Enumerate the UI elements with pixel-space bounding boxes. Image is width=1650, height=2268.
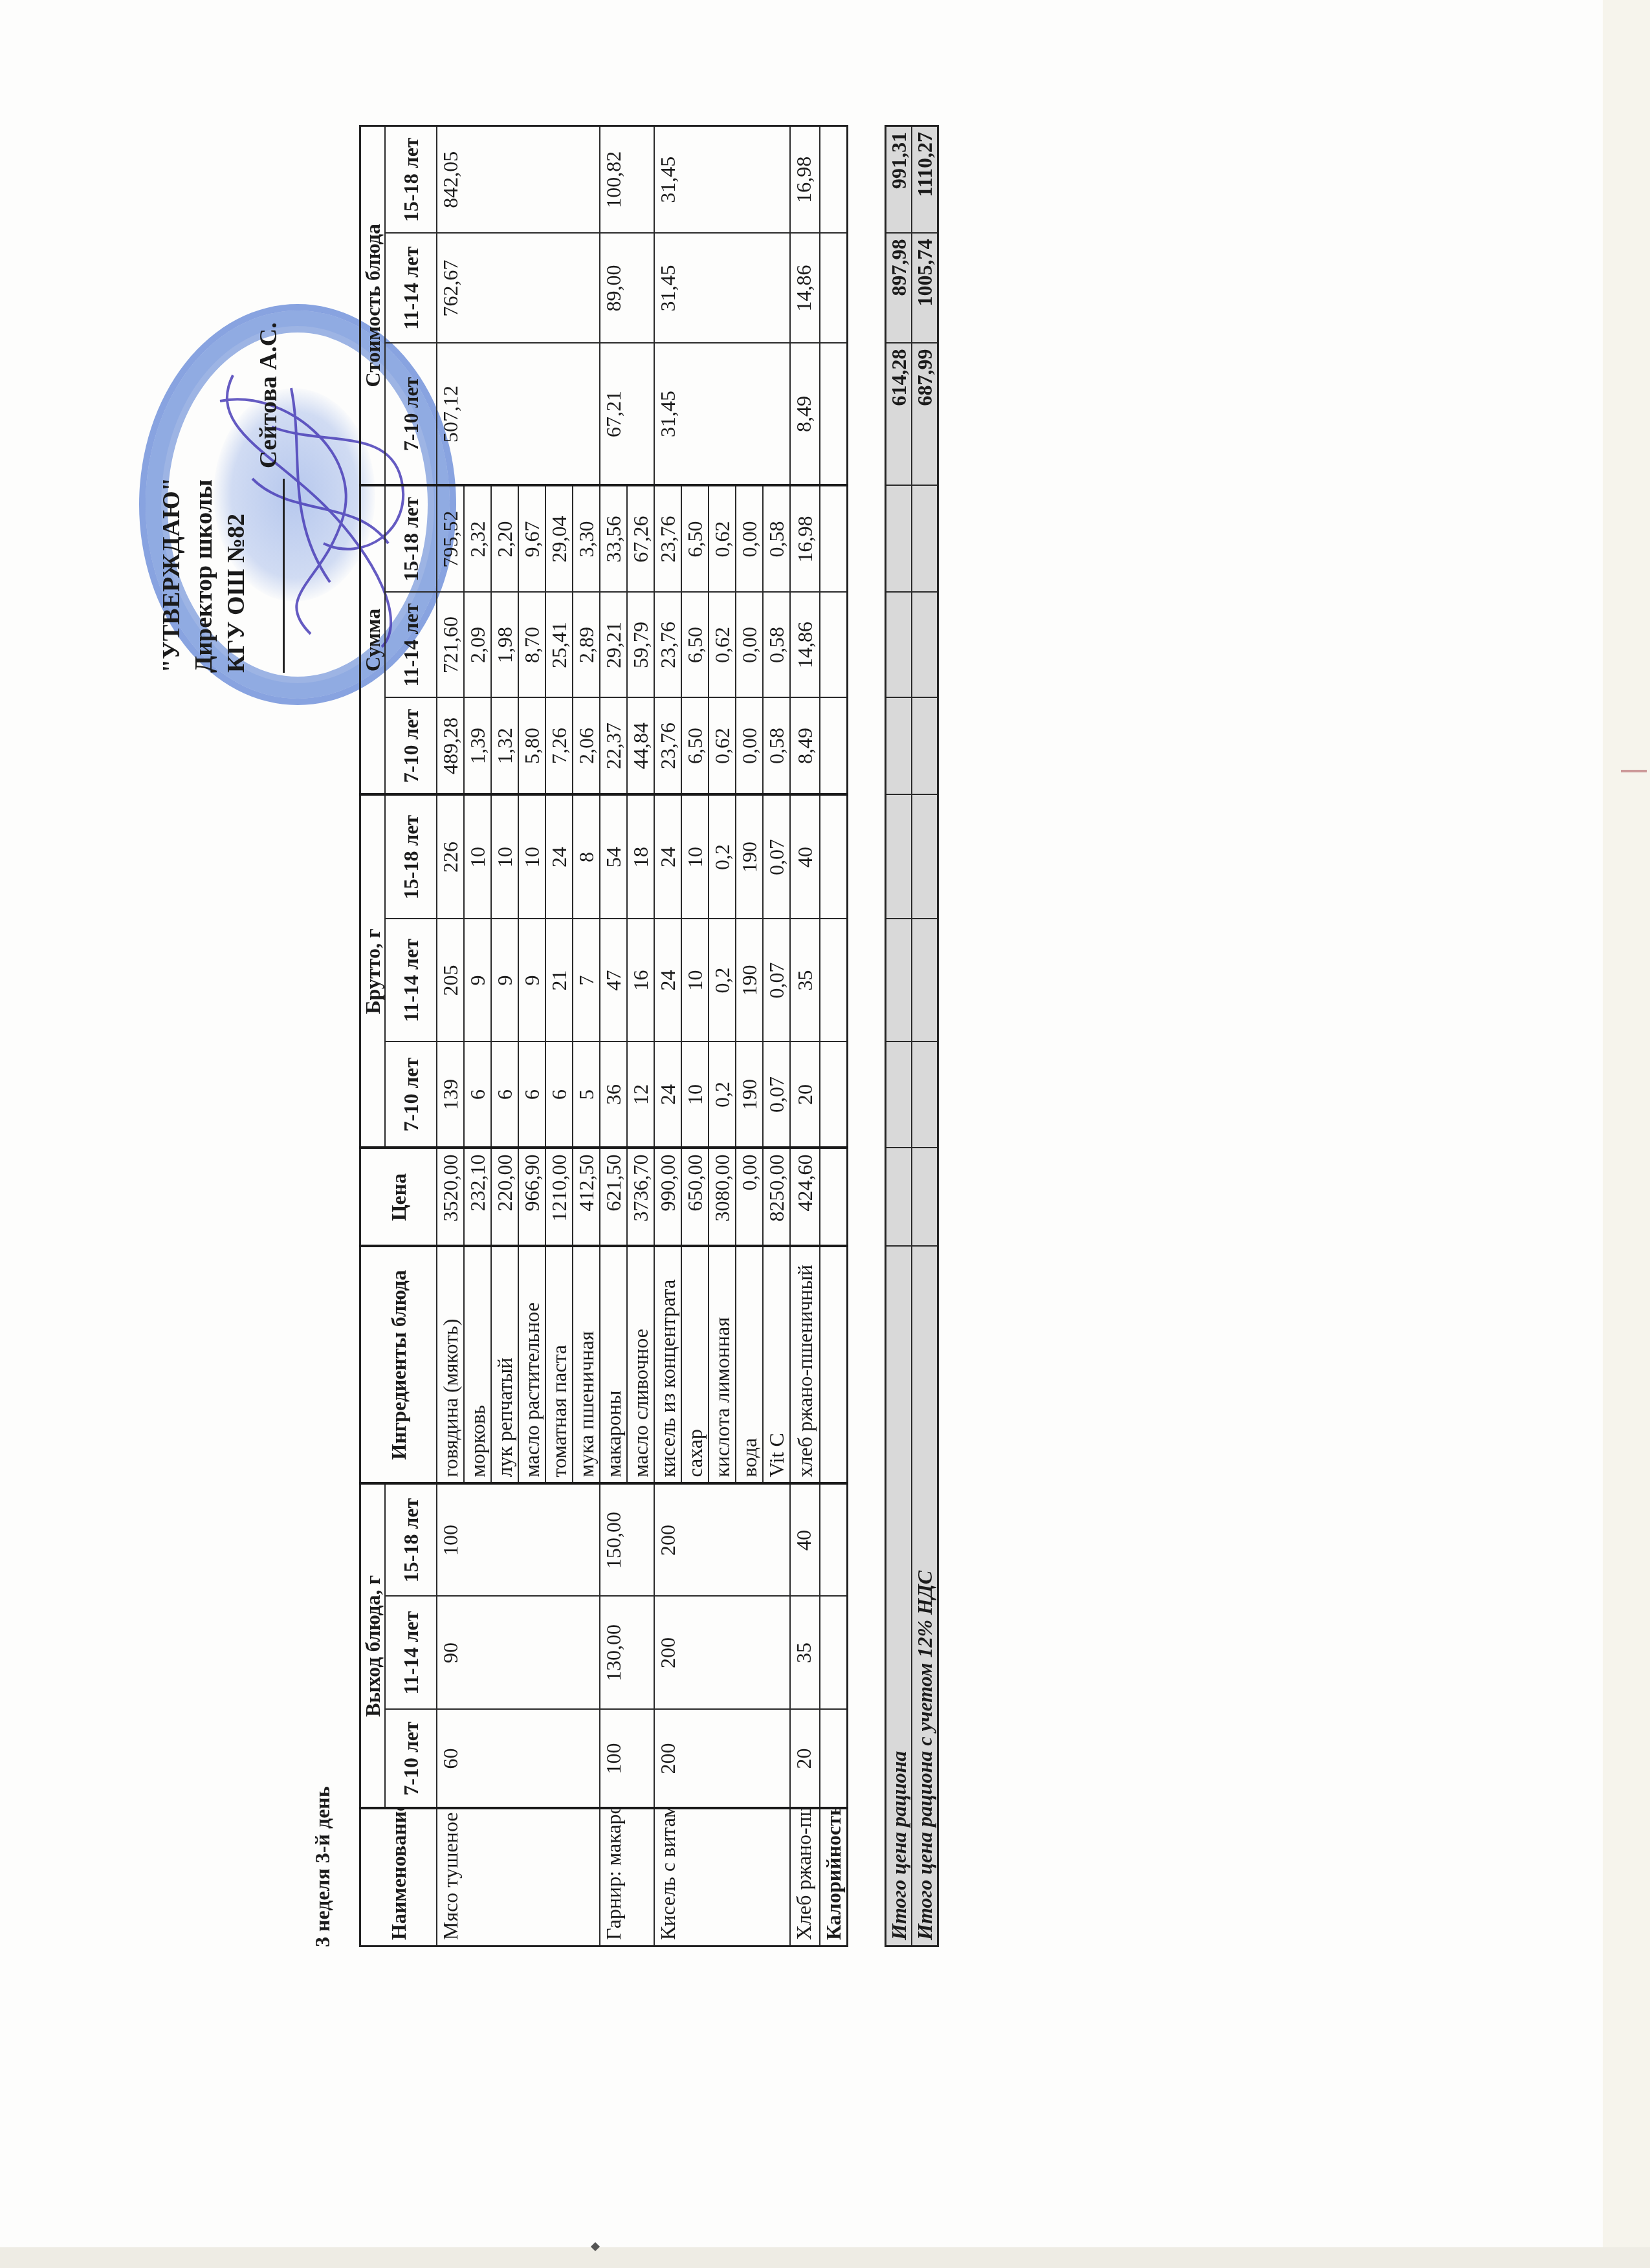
totals-wrap: Итого цена рациона614,28897,98991,31Итог… xyxy=(885,127,939,1947)
ingredient-gross: 0,2 xyxy=(709,1042,736,1148)
ingredient-sum: 0,62 xyxy=(709,485,736,592)
ingredient-gross: 0,2 xyxy=(709,794,736,919)
ingredient-name: кисель из концентрата xyxy=(654,1247,681,1484)
ingredient-gross: 190 xyxy=(736,919,763,1042)
ingredient-price: 1210,00 xyxy=(545,1148,573,1247)
dish-yield: 130,00 xyxy=(600,1597,654,1710)
ingredient-price: 0,00 xyxy=(736,1148,763,1247)
ingredient-sum: 67,26 xyxy=(627,485,654,592)
ingredient-gross: 10 xyxy=(464,794,491,919)
dish-name: Хлеб ржано-пшеничный xyxy=(790,1809,820,1946)
ingredient-price: 3520,00 xyxy=(437,1148,464,1247)
ingredient-name: макароны xyxy=(600,1247,627,1484)
calories-row: Калорийность, ккал xyxy=(820,125,848,1946)
ingredient-gross: 9 xyxy=(491,919,518,1042)
ingredient-gross: 35 xyxy=(790,919,820,1042)
dish-cost: 8,49 xyxy=(790,343,820,485)
ingredient-gross: 21 xyxy=(545,919,573,1042)
header-cost-age-1: 11-14 лет xyxy=(385,233,437,343)
totals-label: Итого цена рациона с учетом 12% НДС xyxy=(912,1246,938,1946)
ingredient-gross: 10 xyxy=(681,794,709,919)
totals-value: 1110,27 xyxy=(912,125,938,233)
ingredient-sum: 0,00 xyxy=(736,592,763,697)
ingredient-sum: 2,89 xyxy=(573,592,600,697)
dish-cost: 100,82 xyxy=(600,125,654,233)
ingredient-gross: 226 xyxy=(437,794,464,919)
header-gross-age-1: 11-14 лет xyxy=(385,919,437,1042)
ingredient-sum: 16,98 xyxy=(790,485,820,592)
ingredient-price: 990,00 xyxy=(654,1148,681,1247)
signature-line: Сейтова А.С. xyxy=(252,220,285,673)
ingredient-gross: 8 xyxy=(573,794,600,919)
totals-label: Итого цена рациона xyxy=(886,1246,912,1946)
ingredient-gross: 54 xyxy=(600,794,627,919)
ingredient-gross: 6 xyxy=(545,1042,573,1148)
menu-table: Наименование блюд Выход блюда, г Ингреди… xyxy=(359,125,848,1947)
ingredient-name: масло сливочное xyxy=(627,1247,654,1484)
ingredient-price: 3736,70 xyxy=(627,1148,654,1247)
page-heading: 3 неделя 3-й день xyxy=(311,1559,335,1947)
ingredient-sum: 489,28 xyxy=(437,697,464,794)
header-dish-name: Наименование блюд xyxy=(360,1809,437,1946)
ingredient-sum: 22,37 xyxy=(600,697,627,794)
totals-body: Итого цена рациона614,28897,98991,31Итог… xyxy=(886,125,938,1946)
ingredient-price: 232,10 xyxy=(464,1148,491,1247)
ingredient-sum: 9,67 xyxy=(518,485,545,592)
ingredient-sum: 1,98 xyxy=(491,592,518,697)
ingredient-sum: 23,76 xyxy=(654,697,681,794)
approval-organization: КГУ ОШ №82 xyxy=(220,220,252,673)
ingredient-sum: 6,50 xyxy=(681,697,709,794)
ingredient-sum: 795,52 xyxy=(437,485,464,592)
dish-yield: 20 xyxy=(790,1710,820,1809)
ingredient-gross: 40 xyxy=(790,794,820,919)
totals-table: Итого цена рациона614,28897,98991,31Итог… xyxy=(885,125,939,1947)
sub-header-row: 7-10 лет11-14 лет15-18 лет7-10 лет11-14 … xyxy=(385,125,437,1946)
ingredient-gross: 24 xyxy=(654,1042,681,1148)
ingredient-gross: 9 xyxy=(464,919,491,1042)
ingredient-sum: 59,79 xyxy=(627,592,654,697)
calories-cell xyxy=(820,1042,848,1148)
header-dish-cost: Стоимость блюда xyxy=(360,125,386,485)
ingredient-price: 8250,00 xyxy=(763,1148,790,1247)
calories-cell xyxy=(820,125,848,233)
calories-cell xyxy=(820,1148,848,1247)
header-sum-age-1: 11-14 лет xyxy=(385,592,437,697)
margin-mark xyxy=(1621,770,1647,772)
ingredient-gross: 0,07 xyxy=(763,919,790,1042)
dish-yield: 150,00 xyxy=(600,1484,654,1597)
menu-body: Мясо тушеное (говядина)6090100говядина (… xyxy=(437,125,848,1946)
dish-yield: 90 xyxy=(437,1597,600,1710)
header-cost-age-0: 7-10 лет xyxy=(385,343,437,485)
ingredient-name: говядина (мякоть) xyxy=(437,1247,464,1484)
dish-yield: 60 xyxy=(437,1710,600,1809)
totals-value: 897,98 xyxy=(886,233,912,343)
ingredient-gross: 7 xyxy=(573,919,600,1042)
ingredient-gross: 24 xyxy=(654,794,681,919)
ingredient-gross: 10 xyxy=(491,794,518,919)
totals-value: 1005,74 xyxy=(912,233,938,343)
approval-title: "УТВЕРЖДАЮ" xyxy=(155,220,188,673)
ingredient-sum: 0,00 xyxy=(736,697,763,794)
ingredient-sum: 23,76 xyxy=(654,485,681,592)
dish-cost: 67,21 xyxy=(600,343,654,485)
ingredient-price: 3080,00 xyxy=(709,1148,736,1247)
header-gross: Брутто, г xyxy=(360,794,386,1148)
table-row: Хлеб ржано-пшеничный203540хлеб ржано-пше… xyxy=(790,125,820,1946)
totals-empty-cell xyxy=(886,1148,912,1246)
ingredient-sum: 0,62 xyxy=(709,592,736,697)
totals-empty-cell xyxy=(886,919,912,1041)
ingredient-sum: 8,49 xyxy=(790,697,820,794)
ingredient-sum: 0,58 xyxy=(763,485,790,592)
dish-name: Кисель с витамином С xyxy=(654,1809,790,1946)
calories-cell xyxy=(820,1710,848,1809)
ingredient-sum: 0,00 xyxy=(736,485,763,592)
totals-empty-cell xyxy=(886,794,912,919)
header-sum: Сумма xyxy=(360,485,386,794)
approval-block: "УТВЕРЖДАЮ" Директор школы КГУ ОШ №82 Се… xyxy=(155,220,285,673)
ingredient-gross: 16 xyxy=(627,919,654,1042)
dish-cost: 762,67 xyxy=(437,233,600,343)
totals-empty-cell xyxy=(912,697,938,794)
ingredient-sum: 2,06 xyxy=(573,697,600,794)
ingredient-sum: 6,50 xyxy=(681,485,709,592)
dish-yield: 200 xyxy=(654,1484,790,1597)
header-gross-age-0: 7-10 лет xyxy=(385,1042,437,1148)
ingredient-sum: 2,09 xyxy=(464,592,491,697)
header-sum-age-2: 15-18 лет xyxy=(385,485,437,592)
dish-cost: 31,45 xyxy=(654,125,790,233)
ingredient-price: 424,60 xyxy=(790,1148,820,1247)
totals-empty-cell xyxy=(912,1041,938,1148)
calories-cell xyxy=(820,1247,848,1484)
calories-cell xyxy=(820,1597,848,1710)
calories-cell xyxy=(820,592,848,697)
table-row: Гарнир: макароны отварные100130,00150,00… xyxy=(600,125,627,1946)
table-row: Кисель с витамином С200200200кисель из к… xyxy=(654,125,681,1946)
approval-position: Директор школы xyxy=(188,220,220,673)
totals-empty-cell xyxy=(912,592,938,697)
ingredient-sum: 2,20 xyxy=(491,485,518,592)
scan-edge xyxy=(0,2247,1650,2268)
dish-yield: 100 xyxy=(437,1484,600,1597)
calories-cell xyxy=(820,343,848,485)
menu-table-wrap: Наименование блюд Выход блюда, г Ингреди… xyxy=(359,127,848,1947)
dish-cost: 842,05 xyxy=(437,125,600,233)
ingredient-sum: 5,80 xyxy=(518,697,545,794)
ingredient-price: 650,00 xyxy=(681,1148,709,1247)
header-price: Цена xyxy=(360,1148,437,1247)
ingredient-gross: 10 xyxy=(681,919,709,1042)
totals-empty-cell xyxy=(912,794,938,919)
ingredient-gross: 190 xyxy=(736,794,763,919)
ingredient-sum: 1,32 xyxy=(491,697,518,794)
ingredient-sum: 23,76 xyxy=(654,592,681,697)
calories-cell xyxy=(820,485,848,592)
heading-block: 3 неделя 3-й день xyxy=(311,1559,335,1947)
ingredient-gross: 24 xyxy=(654,919,681,1042)
approval-signatory: Сейтова А.С. xyxy=(252,322,285,468)
ingredient-gross: 36 xyxy=(600,1042,627,1148)
ingredient-name: кислота лимонная xyxy=(709,1247,736,1484)
ingredient-gross: 0,07 xyxy=(763,1042,790,1148)
header-yield-age-1: 11-14 лет xyxy=(385,1597,437,1710)
ingredient-gross: 0,07 xyxy=(763,794,790,919)
ingredient-name: Vit C xyxy=(763,1247,790,1484)
calories-cell xyxy=(820,697,848,794)
ingredient-price: 966,90 xyxy=(518,1148,545,1247)
totals-value: 991,31 xyxy=(886,125,912,233)
calories-cell xyxy=(820,794,848,919)
totals-empty-cell xyxy=(886,485,912,592)
dish-yield: 40 xyxy=(790,1484,820,1597)
calories-cell xyxy=(820,1484,848,1597)
totals-empty-cell xyxy=(912,485,938,592)
ingredient-name: лук репчатый xyxy=(491,1247,518,1484)
header-gross-age-2: 15-18 лет xyxy=(385,794,437,919)
ingredient-name: сахар xyxy=(681,1247,709,1484)
header-cost-age-2: 15-18 лет xyxy=(385,125,437,233)
totals-empty-cell xyxy=(912,1148,938,1246)
ingredient-price: 621,50 xyxy=(600,1148,627,1247)
ingredient-gross: 205 xyxy=(437,919,464,1042)
ingredient-gross: 10 xyxy=(518,794,545,919)
ingredient-name: мука пшеничная xyxy=(573,1247,600,1484)
ingredient-sum: 6,50 xyxy=(681,592,709,697)
totals-value: 687,99 xyxy=(912,343,938,485)
ingredient-gross: 47 xyxy=(600,919,627,1042)
ingredient-sum: 0,58 xyxy=(763,592,790,697)
ingredient-sum: 29,21 xyxy=(600,592,627,697)
ingredient-name: томатная паста xyxy=(545,1247,573,1484)
ingredient-name: хлеб ржано-пшеничный xyxy=(790,1247,820,1484)
ingredient-sum: 33,56 xyxy=(600,485,627,592)
totals-empty-cell xyxy=(886,592,912,697)
totals-empty-cell xyxy=(912,919,938,1041)
ingredient-sum: 0,62 xyxy=(709,697,736,794)
ingredient-price: 412,50 xyxy=(573,1148,600,1247)
ingredient-sum: 44,84 xyxy=(627,697,654,794)
ingredient-sum: 721,60 xyxy=(437,592,464,697)
header-ingredients: Ингредиенты блюда xyxy=(360,1247,437,1484)
ingredient-gross: 139 xyxy=(437,1042,464,1148)
ingredient-name: масло растительное xyxy=(518,1247,545,1484)
ingredient-price: 220,00 xyxy=(491,1148,518,1247)
ingredient-sum: 0,58 xyxy=(763,697,790,794)
ingredient-gross: 9 xyxy=(518,919,545,1042)
ingredient-name: морковь xyxy=(464,1247,491,1484)
dish-cost: 16,98 xyxy=(790,125,820,233)
totals-empty-cell xyxy=(886,1041,912,1148)
ingredient-gross: 6 xyxy=(491,1042,518,1148)
ingredient-gross: 24 xyxy=(545,794,573,919)
ingredient-gross: 190 xyxy=(736,1042,763,1148)
totals-row: Итого цена рациона614,28897,98991,31 xyxy=(886,125,912,1946)
totals-empty-cell xyxy=(886,697,912,794)
header-yield: Выход блюда, г xyxy=(360,1484,386,1809)
header-sum-age-0: 7-10 лет xyxy=(385,697,437,794)
dish-cost: 89,00 xyxy=(600,233,654,343)
ingredient-sum: 14,86 xyxy=(790,592,820,697)
header-yield-age-0: 7-10 лет xyxy=(385,1710,437,1809)
dish-name: Гарнир: макароны отварные xyxy=(600,1809,654,1946)
ingredient-gross: 10 xyxy=(681,1042,709,1148)
dish-yield: 200 xyxy=(654,1597,790,1710)
scan-edge xyxy=(1603,0,1650,2268)
dish-yield: 35 xyxy=(790,1597,820,1710)
signature-blank xyxy=(254,479,285,673)
dish-cost: 14,86 xyxy=(790,233,820,343)
totals-value: 614,28 xyxy=(886,343,912,485)
ingredient-gross: 6 xyxy=(464,1042,491,1148)
dish-cost: 31,45 xyxy=(654,233,790,343)
ingredient-sum: 25,41 xyxy=(545,592,573,697)
ingredient-gross: 0,2 xyxy=(709,919,736,1042)
table-row: Мясо тушеное (говядина)6090100говядина (… xyxy=(437,125,464,1946)
ingredient-sum: 8,70 xyxy=(518,592,545,697)
ingredient-sum: 2,32 xyxy=(464,485,491,592)
ingredient-sum: 1,39 xyxy=(464,697,491,794)
totals-row: Итого цена рациона с учетом 12% НДС687,9… xyxy=(912,125,938,1946)
ingredient-gross: 5 xyxy=(573,1042,600,1148)
dish-cost: 507,12 xyxy=(437,343,600,485)
header-yield-age-2: 15-18 лет xyxy=(385,1484,437,1597)
ingredient-sum: 7,26 xyxy=(545,697,573,794)
ingredient-name: вода xyxy=(736,1247,763,1484)
ingredient-gross: 20 xyxy=(790,1042,820,1148)
dish-cost: 31,45 xyxy=(654,343,790,485)
dish-yield: 200 xyxy=(654,1710,790,1809)
ingredient-gross: 12 xyxy=(627,1042,654,1148)
calories-label: Калорийность, ккал xyxy=(820,1809,848,1946)
calories-cell xyxy=(820,233,848,343)
ingredient-gross: 6 xyxy=(518,1042,545,1148)
ingredient-gross: 18 xyxy=(627,794,654,919)
ingredient-sum: 3,30 xyxy=(573,485,600,592)
ingredient-sum: 29,04 xyxy=(545,485,573,592)
dish-yield: 100 xyxy=(600,1710,654,1809)
calories-cell xyxy=(820,919,848,1042)
dish-name: Мясо тушеное (говядина) xyxy=(437,1809,600,1946)
